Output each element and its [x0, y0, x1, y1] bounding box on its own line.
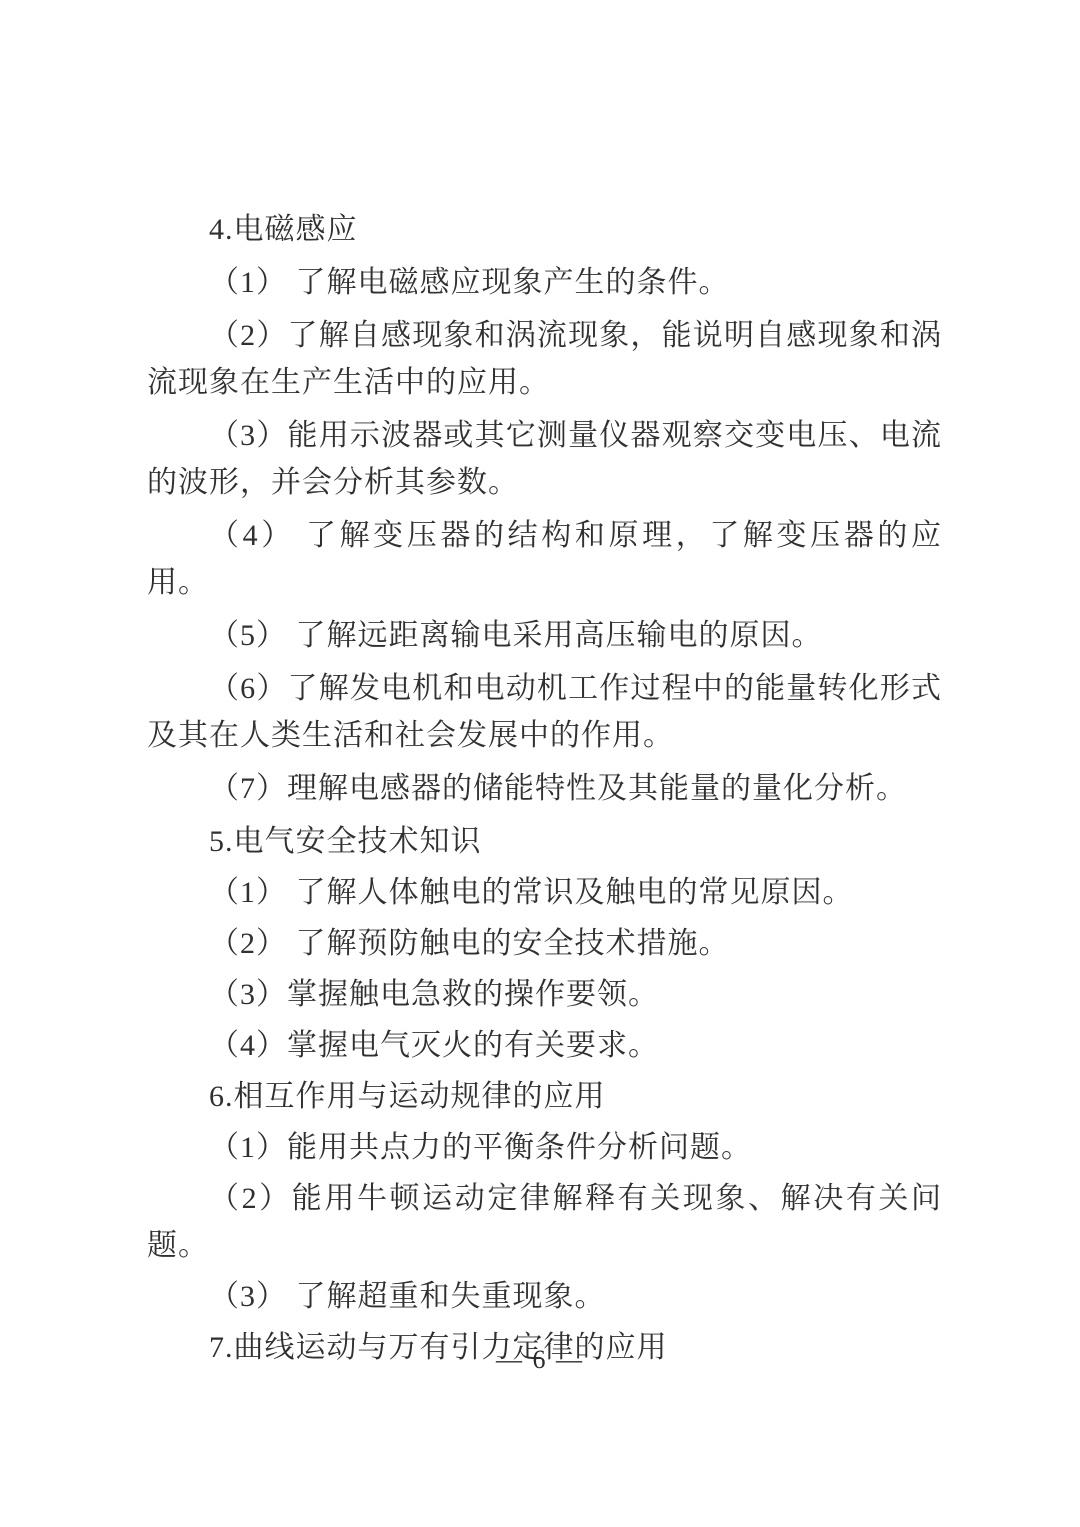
list-item: （2）了解自感现象和涡流现象，能说明自感现象和涡流现象在生产生活中的应用。 — [147, 312, 942, 406]
section-heading: 4.电磁感应 — [147, 206, 942, 253]
list-item: （7）理解电感器的储能特性及其能量的量化分析。 — [147, 765, 942, 812]
page-number: — 6 — — [496, 1345, 584, 1374]
section-6-interaction-motion-laws: 6.相互作用与运动规律的应用 （1）能用共点力的平衡条件分析问题。 （2）能用牛… — [147, 1073, 942, 1320]
list-item: （4） 了解变压器的结构和原理，了解变压器的应用。 — [147, 512, 942, 606]
section-heading: 5.电气安全技术知识 — [147, 818, 942, 865]
list-item: （2）能用牛顿运动定律解释有关现象、解决有关问题。 — [147, 1175, 942, 1269]
list-item: （3） 了解超重和失重现象。 — [147, 1273, 942, 1320]
list-item: （3）掌握触电急救的操作要领。 — [147, 971, 942, 1018]
section-heading: 6.相互作用与运动规律的应用 — [147, 1073, 942, 1120]
document-content: 4.电磁感应 （1） 了解电磁感应现象产生的条件。 （2）了解自感现象和涡流现象… — [147, 206, 942, 1375]
page-footer: — 6 — — [0, 1345, 1080, 1375]
list-item: （5） 了解远距离输电采用高压输电的原因。 — [147, 612, 942, 659]
list-item: （6）了解发电机和电动机工作过程中的能量转化形式及其在人类生活和社会发展中的作用… — [147, 665, 942, 759]
list-item: （3）能用示波器或其它测量仪器观察交变电压、电流的波形，并会分析其参数。 — [147, 412, 942, 506]
list-item: （4）掌握电气灭火的有关要求。 — [147, 1022, 942, 1069]
section-5-electrical-safety: 5.电气安全技术知识 （1） 了解人体触电的常识及触电的常见原因。 （2） 了解… — [147, 818, 942, 1069]
list-item: （1） 了解电磁感应现象产生的条件。 — [147, 259, 942, 306]
list-item: （2） 了解预防触电的安全技术措施。 — [147, 920, 942, 967]
list-item: （1） 了解人体触电的常识及触电的常见原因。 — [147, 869, 942, 916]
section-4-electromagnetic-induction: 4.电磁感应 （1） 了解电磁感应现象产生的条件。 （2）了解自感现象和涡流现象… — [147, 206, 942, 812]
document-page: 4.电磁感应 （1） 了解电磁感应现象产生的条件。 （2）了解自感现象和涡流现象… — [0, 0, 1080, 1527]
list-item: （1）能用共点力的平衡条件分析问题。 — [147, 1124, 942, 1171]
